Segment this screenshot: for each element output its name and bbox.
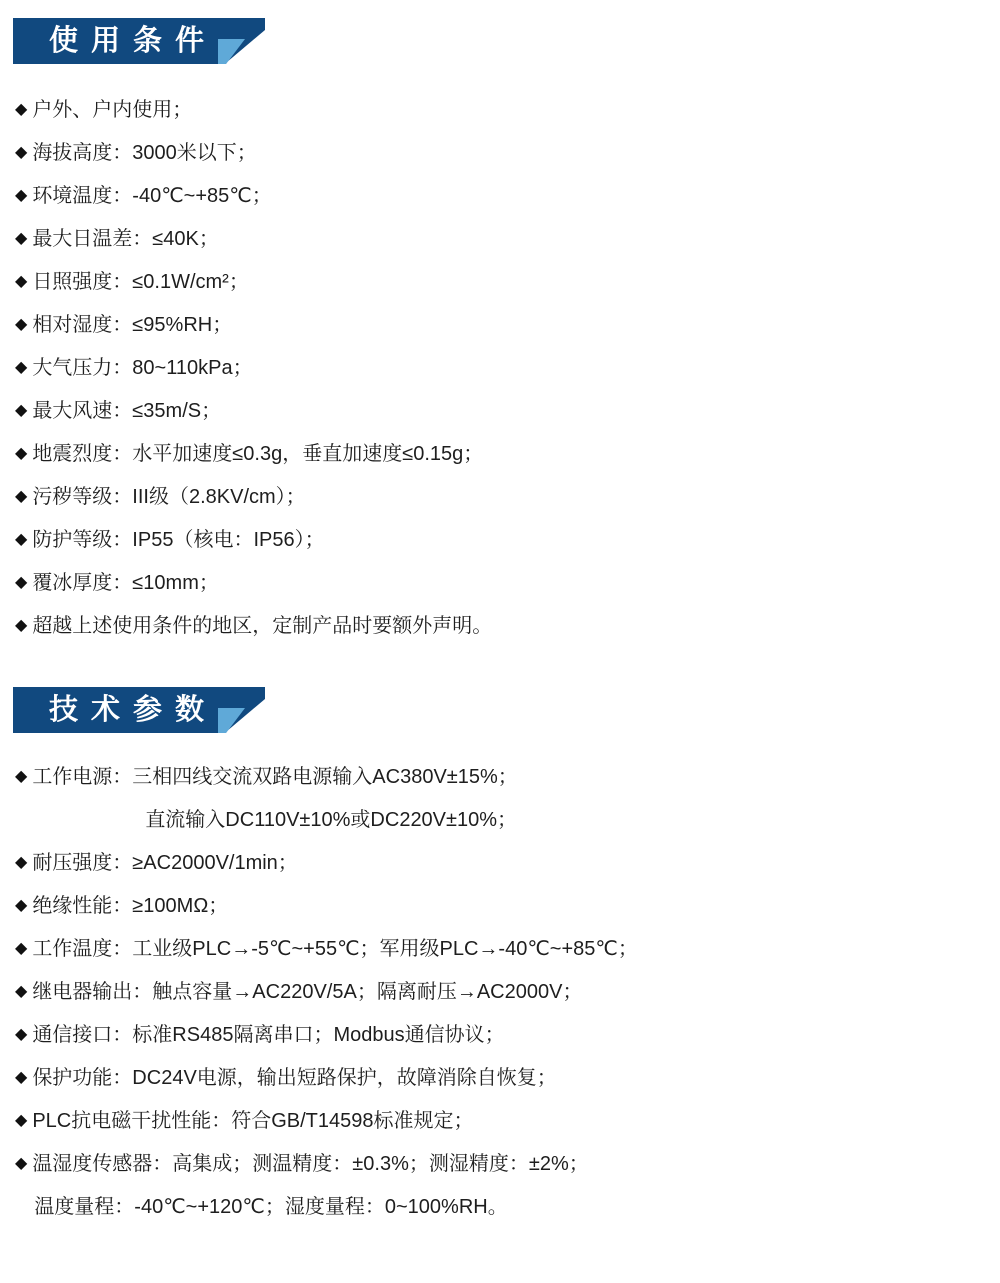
section-header-usage: 使用条件 (13, 18, 265, 64)
diamond-bullet-icon: ◆ (15, 486, 27, 508)
spec-text-line: 温湿度传感器：高集成；测温精度：±0.3%；测湿精度：±2%； (32, 1153, 588, 1175)
spec-text: 大气压力：80~110kPa； (32, 357, 252, 379)
spec-text-line: PLC抗电磁干扰性能：符合GB/T14598标准规定； (32, 1110, 473, 1132)
spec-text-line: 相对湿度：≤95%RH； (32, 314, 232, 336)
spec-text-line: 防护等级：IP55（核电：IP56）； (32, 529, 324, 551)
spec-document-page: 使用条件 ◆户外、户内使用；◆海拔高度：3000米以下；◆环境温度：-40℃~+… (0, 0, 1000, 1283)
spec-item: ◆大气压力：80~110kPa； (15, 357, 1000, 379)
spec-text-line: 温度量程：-40℃~+120℃；湿度量程：0~100%RH。 (34, 1196, 588, 1218)
spec-item: ◆耐压强度：≥AC2000V/1min； (15, 852, 1000, 874)
spec-text-line: 保护功能：DC24V电源，输出短路保护，故障消除自恢复； (32, 1067, 556, 1089)
spec-text: 海拔高度：3000米以下； (32, 142, 257, 164)
spec-text-line: 户外、户内使用； (32, 99, 192, 121)
spec-text-line: 覆冰厚度：≤10mm； (32, 572, 219, 594)
spec-text: 相对湿度：≤95%RH； (32, 314, 232, 336)
spec-text: 防护等级：IP55（核电：IP56）； (32, 529, 324, 551)
spec-item: ◆户外、户内使用； (15, 99, 1000, 121)
spec-item: ◆工作温度：工业级PLC→-5℃~+55℃；军用级PLC→-40℃~+85℃； (15, 938, 1000, 960)
section-technical-parameters: 技术参数 ◆工作电源：三相四线交流双路电源输入AC380V±15%；直流输入DC… (0, 687, 1000, 1218)
spec-item: ◆最大日温差：≤40K； (15, 228, 1000, 250)
diamond-bullet-icon: ◆ (15, 271, 27, 293)
diamond-bullet-icon: ◆ (15, 981, 27, 1003)
spec-text: 超越上述使用条件的地区，定制产品时要额外声明。 (32, 615, 492, 637)
spec-text: 日照强度：≤0.1W/cm²； (32, 271, 249, 293)
spec-text: 环境温度：-40℃~+85℃； (32, 185, 271, 207)
spec-text: 户外、户内使用； (32, 99, 192, 121)
spec-item: ◆继电器输出：触点容量→AC220V/5A；隔离耐压→AC2000V； (15, 981, 1000, 1003)
spec-text: 保护功能：DC24V电源，输出短路保护，故障消除自恢复； (32, 1067, 556, 1089)
diamond-bullet-icon: ◆ (15, 142, 27, 164)
diamond-bullet-icon: ◆ (15, 1153, 27, 1175)
spec-text-line: 最大日温差：≤40K； (32, 228, 219, 250)
diamond-bullet-icon: ◆ (15, 529, 27, 551)
diamond-bullet-icon: ◆ (15, 766, 27, 788)
spec-text: 地震烈度：水平加速度≤0.3g，垂直加速度≤0.15g； (32, 443, 483, 465)
spec-text-line: 大气压力：80~110kPa； (32, 357, 252, 379)
spec-item: ◆工作电源：三相四线交流双路电源输入AC380V±15%；直流输入DC110V±… (15, 766, 1000, 831)
spec-item: ◆保护功能：DC24V电源，输出短路保护，故障消除自恢复； (15, 1067, 1000, 1089)
spec-text: PLC抗电磁干扰性能：符合GB/T14598标准规定； (32, 1110, 473, 1132)
spec-text-line: 通信接口：标准RS485隔离串口；Modbus通信协议； (32, 1024, 504, 1046)
diamond-bullet-icon: ◆ (15, 443, 27, 465)
spec-item: ◆海拔高度：3000米以下； (15, 142, 1000, 164)
technical-parameters-list: ◆工作电源：三相四线交流双路电源输入AC380V±15%；直流输入DC110V±… (0, 766, 1000, 1218)
diamond-bullet-icon: ◆ (15, 1024, 27, 1046)
spec-item: ◆通信接口：标准RS485隔离串口；Modbus通信协议； (15, 1024, 1000, 1046)
diamond-bullet-icon: ◆ (15, 615, 27, 637)
spec-text: 绝缘性能：≥100MΩ； (32, 895, 228, 917)
diamond-bullet-icon: ◆ (15, 895, 27, 917)
spec-item: ◆覆冰厚度：≤10mm； (15, 572, 1000, 594)
spec-text: 继电器输出：触点容量→AC220V/5A；隔离耐压→AC2000V； (32, 981, 582, 1003)
spec-text-line: 最大风速：≤35m/S； (32, 400, 221, 422)
spec-item: ◆地震烈度：水平加速度≤0.3g，垂直加速度≤0.15g； (15, 443, 1000, 465)
spec-text-line: 工作温度：工业级PLC→-5℃~+55℃；军用级PLC→-40℃~+85℃； (32, 938, 638, 960)
spec-text-line: 直流输入DC110V±10%或DC220V±10%； (145, 809, 518, 831)
diamond-bullet-icon: ◆ (15, 852, 27, 874)
diamond-bullet-icon: ◆ (15, 400, 27, 422)
diamond-bullet-icon: ◆ (15, 1110, 27, 1132)
spec-text-line: 绝缘性能：≥100MΩ； (32, 895, 228, 917)
diamond-bullet-icon: ◆ (15, 938, 27, 960)
spec-text: 覆冰厚度：≤10mm； (32, 572, 219, 594)
diamond-bullet-icon: ◆ (15, 228, 27, 250)
spec-item: ◆超越上述使用条件的地区，定制产品时要额外声明。 (15, 615, 1000, 637)
diamond-bullet-icon: ◆ (15, 185, 27, 207)
section-usage-conditions: 使用条件 ◆户外、户内使用；◆海拔高度：3000米以下；◆环境温度：-40℃~+… (0, 18, 1000, 637)
diamond-bullet-icon: ◆ (15, 572, 27, 594)
spec-text: 工作温度：工业级PLC→-5℃~+55℃；军用级PLC→-40℃~+85℃； (32, 938, 638, 960)
diamond-bullet-icon: ◆ (15, 99, 27, 121)
spec-text-line: 耐压强度：≥AC2000V/1min； (32, 852, 298, 874)
spec-item: ◆防护等级：IP55（核电：IP56）； (15, 529, 1000, 551)
diamond-bullet-icon: ◆ (15, 1067, 27, 1089)
spec-text-line: 海拔高度：3000米以下； (32, 142, 257, 164)
spec-text: 最大日温差：≤40K； (32, 228, 219, 250)
spec-text: 污秽等级：III级（2.8KV/cm）； (32, 486, 305, 508)
spec-text-line: 日照强度：≤0.1W/cm²； (32, 271, 249, 293)
spec-text-line: 地震烈度：水平加速度≤0.3g，垂直加速度≤0.15g； (32, 443, 483, 465)
spec-text-line: 环境温度：-40℃~+85℃； (32, 185, 271, 207)
spec-text-line: 污秽等级：III级（2.8KV/cm）； (32, 486, 305, 508)
usage-conditions-list: ◆户外、户内使用；◆海拔高度：3000米以下；◆环境温度：-40℃~+85℃；◆… (0, 99, 1000, 637)
spec-text: 工作电源：三相四线交流双路电源输入AC380V±15%；直流输入DC110V±1… (32, 766, 518, 831)
spec-item: ◆温湿度传感器：高集成；测温精度：±0.3%；测湿精度：±2%；温度量程：-40… (15, 1153, 1000, 1218)
spec-item: ◆污秽等级：III级（2.8KV/cm）； (15, 486, 1000, 508)
diamond-bullet-icon: ◆ (15, 314, 27, 336)
spec-item: ◆日照强度：≤0.1W/cm²； (15, 271, 1000, 293)
section-title-usage: 使用条件 (13, 18, 265, 64)
spec-item: ◆最大风速：≤35m/S； (15, 400, 1000, 422)
spec-item: ◆绝缘性能：≥100MΩ； (15, 895, 1000, 917)
diamond-bullet-icon: ◆ (15, 357, 27, 379)
spec-item: ◆PLC抗电磁干扰性能：符合GB/T14598标准规定； (15, 1110, 1000, 1132)
spec-text-line: 超越上述使用条件的地区，定制产品时要额外声明。 (32, 615, 492, 637)
spec-text: 温湿度传感器：高集成；测温精度：±0.3%；测湿精度：±2%；温度量程：-40℃… (32, 1153, 588, 1218)
spec-text-line: 工作电源：三相四线交流双路电源输入AC380V±15%； (32, 766, 518, 788)
spec-item: ◆环境温度：-40℃~+85℃； (15, 185, 1000, 207)
section-header-tech: 技术参数 (13, 687, 265, 733)
spec-text: 耐压强度：≥AC2000V/1min； (32, 852, 298, 874)
spec-item: ◆相对湿度：≤95%RH； (15, 314, 1000, 336)
spec-text-line: 继电器输出：触点容量→AC220V/5A；隔离耐压→AC2000V； (32, 981, 582, 1003)
spec-text: 最大风速：≤35m/S； (32, 400, 221, 422)
spec-text: 通信接口：标准RS485隔离串口；Modbus通信协议； (32, 1024, 504, 1046)
section-title-tech: 技术参数 (13, 687, 265, 733)
